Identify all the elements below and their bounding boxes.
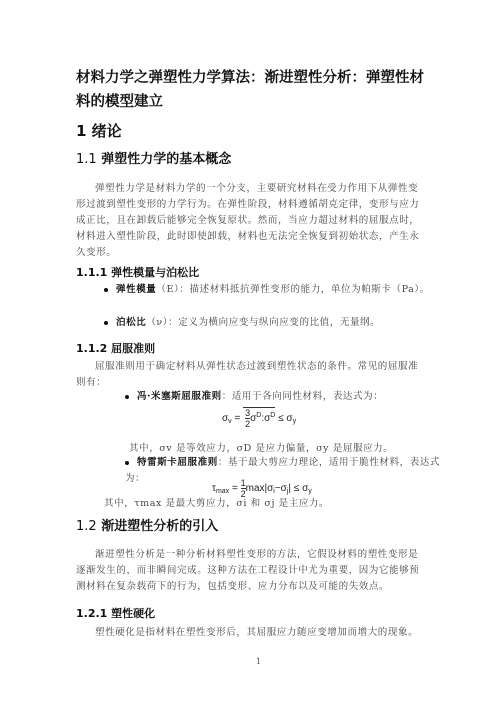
page-number: 1 (256, 657, 261, 666)
bullet-text: ：适用于各向同性材料，表达式为： (222, 391, 384, 402)
section-heading-1-1-2: 1.1.2 屈服准则 (76, 340, 155, 356)
paragraph-basic-concepts: 弹塑性力学是材料力学的一个分支，主要研究材料在受力作用下从弹性变形过渡到塑性变形… (76, 181, 426, 261)
formula-symbol: :σ (261, 413, 270, 424)
section-number: 1.1 (76, 152, 97, 167)
bullet-icon (125, 461, 129, 465)
term-elastic-modulus: 弹性模量 (116, 284, 156, 295)
bullet-von-mises: 冯·米塞斯屈服准则：适用于各向同性材料，表达式为： (125, 389, 435, 405)
symbol-e: （E） (156, 284, 179, 295)
explanation-tresca: 其中，τmax 是最大剪应力，σi 和 σj 是主应力。 (104, 495, 329, 509)
formula-subscript: v (228, 418, 232, 425)
symbol-nu: （ν） (146, 317, 168, 328)
sqrt-symbol: 32σD:σD (243, 407, 275, 429)
document-page: 材料力学之弹塑性力学算法：渐进塑性分析：弹塑性材料的模型建立 1 绪论 1.1 … (0, 0, 500, 707)
formula-symbol: max|σ (246, 483, 274, 494)
formula-symbol: −σ (275, 483, 287, 494)
section-heading-1-1-1: 1.1.1 弹性模量与泊松比 (76, 264, 199, 280)
paragraph-progressive-plasticity: 渐进塑性分析是一种分析材料塑性变形的方法，它假设材料的塑性变形是逐渐发生的，而非… (76, 547, 426, 595)
bullet-elastic-modulus: 弹性模量（E）：描述材料抵抗弹性变形的能力，单位为帕斯卡（Pa）。 (104, 282, 434, 298)
section-title: 弹塑性力学的基本概念 (101, 152, 231, 167)
section-heading-1-2-1: 1.2.1 塑性硬化 (76, 605, 155, 621)
bullet-icon (104, 288, 108, 292)
formula-von-mises: σv = 32σD:σD ≤ σy (222, 407, 296, 429)
section-title: 渐进塑性分析的引入 (101, 519, 218, 534)
term-tresca: 特雷斯卡屈服准则 (137, 457, 218, 468)
section-number: 1.2 (76, 519, 97, 534)
bullet-icon (104, 321, 108, 325)
paragraph-yield-criteria: 屈服准则用于确定材料从弹性状态过渡到塑性状态的条件。常见的屈服准则有： (76, 359, 426, 391)
section-heading-1-1: 1.1 弹塑性力学的基本概念 (76, 148, 231, 167)
formula-subscript: y (293, 418, 297, 425)
explanation-von-mises: 其中，σv 是等效应力，σD 是应力偏量，σy 是屈服应力。 (129, 440, 393, 454)
term-von-mises: 冯·米塞斯屈服准则 (137, 391, 222, 402)
bullet-icon (125, 395, 129, 399)
paragraph-plastic-hardening: 塑性硬化是指材料在塑性变形后，其屈服应力随应变增加而增大的现象。 (76, 625, 426, 641)
document-title: 材料力学之弹塑性力学算法：渐进塑性分析：弹塑性材料的模型建立 (76, 66, 436, 114)
formula-symbol: | ≤ σ (288, 483, 308, 494)
bullet-poisson-ratio: 泊松比（ν）：定义为横向应变与纵向应变的比值，无量纲。 (104, 315, 434, 331)
bullet-text: ：定义为横向应变与纵向应变的比值，无量纲。 (168, 317, 380, 328)
section-heading-1-2: 1.2 渐进塑性分析的引入 (76, 515, 218, 534)
section-heading-1: 1 绪论 (76, 120, 122, 141)
bullet-text: ：描述材料抵抗弹性变形的能力，单位为帕斯卡（Pa）。 (179, 284, 429, 295)
formula-symbol: ≤ σ (275, 413, 292, 424)
term-poisson-ratio: 泊松比 (116, 317, 146, 328)
formula-superscript: D (270, 412, 275, 419)
